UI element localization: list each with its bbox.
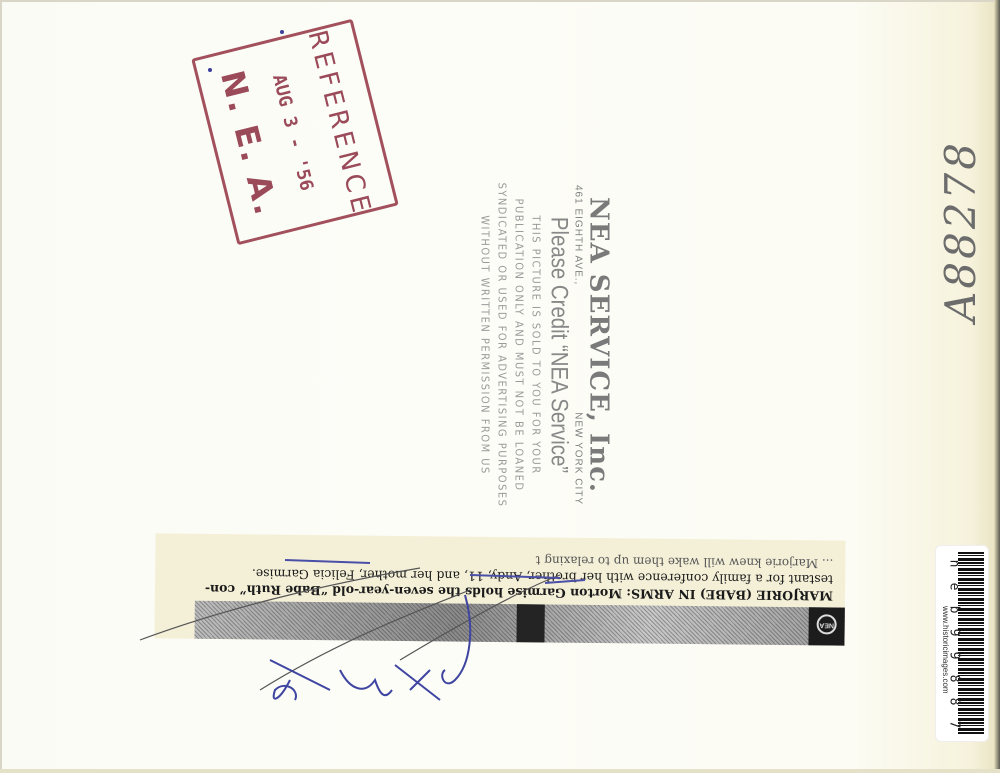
reference-stamp: REFERENCE AUG 3 - '56 N. E. A. (191, 19, 399, 245)
nea-city: NEW YORK CITY (573, 412, 584, 505)
handwritten-number: A88278 (945, 140, 985, 340)
nea-notice-line: THIS PICTURE IS SOLD TO YOU FOR YOUR (528, 175, 545, 515)
photo-back: REFERENCE AUG 3 - '56 N. E. A. NEA SERVI… (0, 0, 1000, 773)
barcode-url: www.historicimages.com (940, 606, 950, 736)
barcode-label: neb99887 www.historicimages.com (935, 545, 989, 742)
nea-notice-line: PUBLICATION ONLY AND MUST NOT BE LOANED (511, 175, 528, 515)
right-edge (994, 0, 1000, 773)
nea-notice-line: WITHOUT WRITTEN PERMISSION FROM US (477, 175, 494, 515)
caption-clipping: NEA MARJORIE (BABE) IN ARMS: Morton Garm… (154, 533, 845, 645)
pen-dot (208, 68, 212, 72)
bottom-edge (0, 769, 1000, 773)
pen-dot (280, 30, 284, 34)
clipping-photo-strip: NEA (194, 601, 844, 646)
nea-service-stamp: NEA SERVICE, Inc. 461 EIGHTH AVE., NEW Y… (455, 175, 635, 515)
nea-address: 461 EIGHTH AVE., (573, 185, 584, 285)
nea-notice-line: SYNDICATED OR USED FOR ADVERTISING PURPO… (494, 175, 511, 515)
nea-credit-line: Please Credit “NEA Service” (545, 201, 573, 490)
nea-logo-icon: NEA (817, 614, 837, 634)
nea-company: NEA SERVICE, Inc. (584, 175, 614, 515)
